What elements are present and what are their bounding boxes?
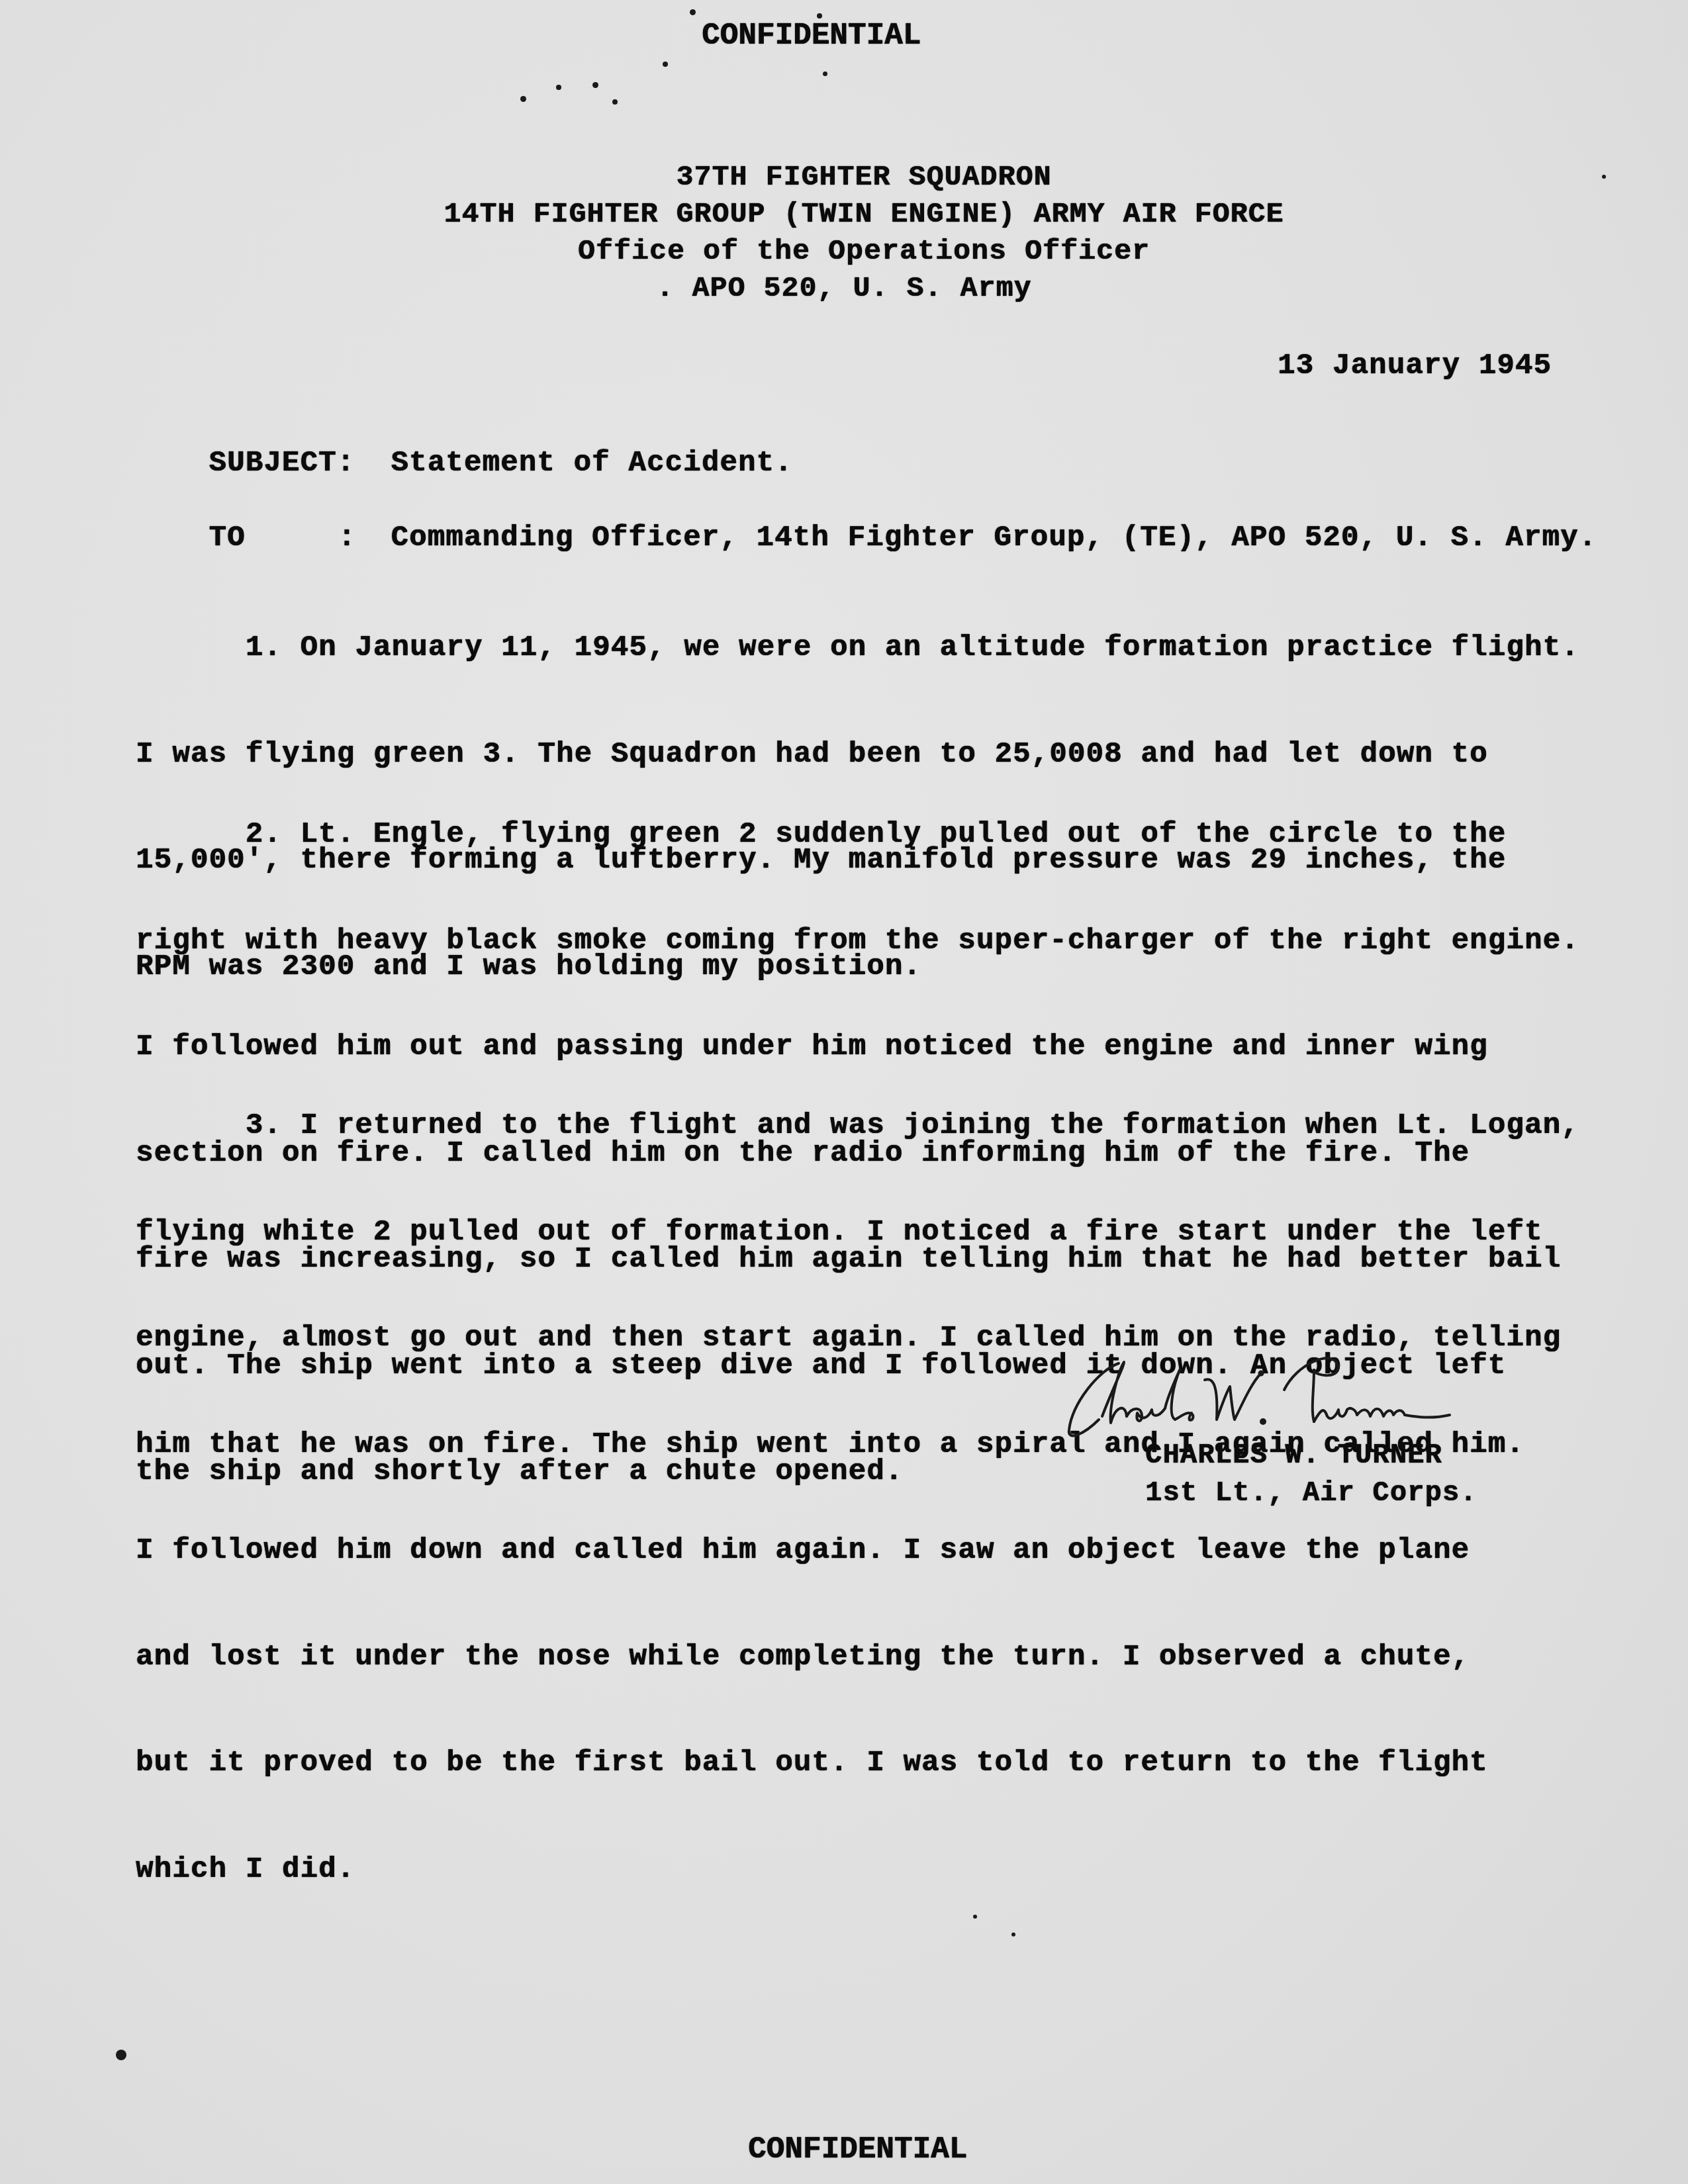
document-page: CONFIDENTIAL 37TH FIGHTER SQUADRON 14TH …	[0, 0, 1688, 2184]
classification-footer: CONFIDENTIAL	[748, 2132, 967, 2167]
letterhead-squadron: 37TH FIGHTER SQUADRON	[40, 159, 1688, 196]
paragraph-line: 3. I returned to the flight and was join…	[136, 1109, 1592, 1144]
to-text: Commanding Officer, 14th Fighter Group, …	[391, 522, 1597, 555]
letterhead-group: 14TH FIGHTER GROUP (TWIN ENGINE) ARMY AI…	[40, 196, 1688, 233]
paragraph-line: right with heavy black smoke coming from…	[136, 924, 1592, 960]
letterhead-address: . APO 520, U. S. Army	[0, 270, 1688, 307]
scan-speck	[520, 96, 526, 102]
paragraph-line: 1. On January 11, 1945, we were on an al…	[136, 631, 1592, 666]
to-label: TO	[209, 522, 338, 555]
classification-header: CONFIDENTIAL	[702, 19, 921, 53]
document-date: 13 January 1945	[1278, 349, 1552, 383]
scan-speck	[690, 9, 696, 15]
paragraph-line: 2. Lt. Engle, flying green 2 suddenly pu…	[136, 817, 1592, 853]
scan-speck	[116, 2050, 126, 2060]
subject-label: SUBJECT:	[209, 447, 391, 480]
scan-speck	[817, 13, 822, 19]
paragraph-line: I followed him down and called him again…	[136, 1533, 1592, 1569]
paragraph-line: but it proved to be the first bail out. …	[136, 1746, 1592, 1782]
scan-speck	[973, 1915, 977, 1919]
paragraph-line: and lost it under the nose while complet…	[136, 1640, 1592, 1676]
scan-speck	[1011, 1933, 1015, 1936]
signature-scribble-icon	[1053, 1343, 1609, 1443]
scan-speck	[1602, 175, 1606, 179]
to-colon: :	[338, 522, 391, 555]
letterhead-office: Office of the Operations Officer	[40, 233, 1688, 270]
scan-speck	[663, 62, 668, 67]
scan-speck	[556, 85, 561, 90]
subject-text: Statement of Accident.	[391, 447, 792, 480]
signatory-rank: 1st Lt., Air Corps.	[1145, 1477, 1477, 1509]
letterhead: 37TH FIGHTER SQUADRON 14TH FIGHTER GROUP…	[0, 159, 1688, 307]
paragraph-line: which I did.	[136, 1852, 1592, 1888]
paragraph-line: flying white 2 pulled out of formation. …	[136, 1215, 1592, 1251]
scan-speck	[592, 82, 598, 88]
scan-speck	[612, 99, 618, 105]
scan-speck	[823, 71, 827, 76]
signatory-name: CHARLES W. TURNER	[1145, 1439, 1442, 1471]
